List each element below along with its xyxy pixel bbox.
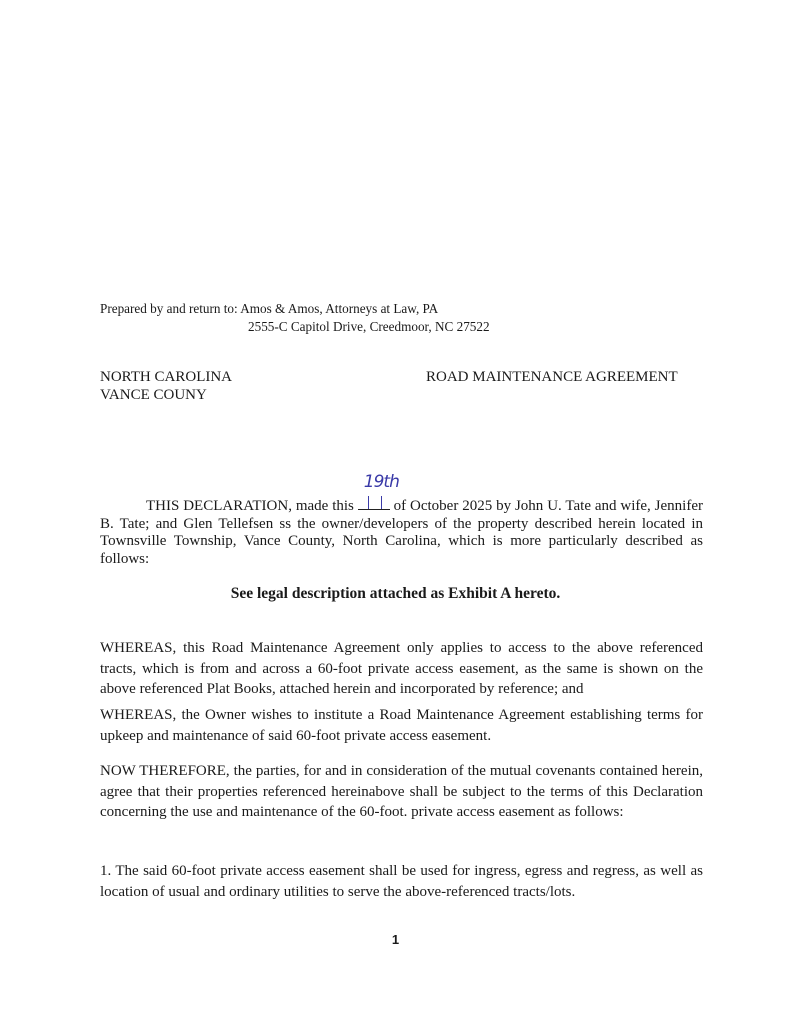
prepared-by-line: Prepared by and return to: Amos & Amos, … bbox=[100, 300, 490, 318]
state-label: NORTH CAROLINA bbox=[100, 368, 232, 386]
handwritten-mark bbox=[368, 496, 382, 509]
declaration-intro: THIS DECLARATION, made this bbox=[146, 498, 354, 514]
day-blank-field: 19th bbox=[358, 496, 390, 510]
declaration-paragraph: THIS DECLARATION, made this 19th of Octo… bbox=[100, 496, 703, 568]
page-number: 1 bbox=[0, 932, 791, 947]
clause-1-paragraph: 1. The said 60-foot private access easem… bbox=[100, 861, 703, 902]
whereas-paragraph-2: WHEREAS, the Owner wishes to institute a… bbox=[100, 705, 703, 746]
jurisdiction-block: NORTH CAROLINA VANCE COUNY bbox=[100, 368, 232, 404]
handwritten-day: 19th bbox=[364, 474, 399, 492]
whereas-paragraph-1: WHEREAS, this Road Maintenance Agreement… bbox=[100, 638, 703, 700]
document-title: ROAD MAINTENANCE AGREEMENT bbox=[426, 368, 678, 386]
prepared-by-block: Prepared by and return to: Amos & Amos, … bbox=[100, 300, 490, 336]
county-label: VANCE COUNY bbox=[100, 386, 232, 404]
exhibit-note: See legal description attached as Exhibi… bbox=[0, 585, 791, 603]
now-therefore-paragraph: NOW THEREFORE, the parties, for and in c… bbox=[100, 761, 703, 823]
prepared-by-address: 2555-C Capitol Drive, Creedmoor, NC 2752… bbox=[100, 318, 490, 336]
